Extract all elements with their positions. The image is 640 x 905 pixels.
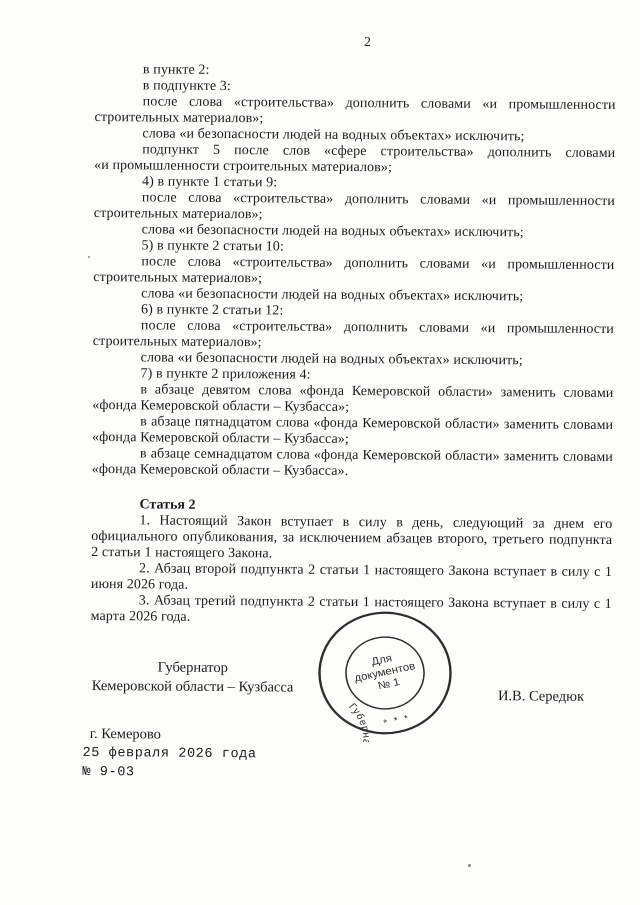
body-paragraph: после слова «строительства» дополнить сл… bbox=[93, 254, 614, 290]
scan-speck bbox=[468, 864, 471, 867]
body-paragraph: после слова «строительства» дополнить сл… bbox=[94, 94, 615, 130]
body-paragraph: в абзаце пятнадцатом слова «фонда Кемеро… bbox=[92, 414, 613, 450]
body-paragraph: подпункт 5 после слов «сфере строительст… bbox=[94, 142, 615, 178]
article-2-paragraph: 2. Абзац второй подпункта 2 статьи 1 нас… bbox=[91, 561, 612, 597]
signatory-title-line2: Кемеровской области – Кузбасса bbox=[90, 677, 295, 698]
stamp-bottom-asterisks: * * * bbox=[382, 713, 411, 729]
official-round-stamp: Губернатор Кемеровской области · Кузбасс… bbox=[310, 604, 460, 742]
body-paragraph: после слова «строительства» дополнить сл… bbox=[94, 190, 615, 226]
signatory-name: И.В. Середюк bbox=[498, 688, 611, 706]
scan-speck bbox=[88, 256, 90, 258]
body-paragraph: в абзаце девятом слова «фонда Кемеровско… bbox=[92, 382, 613, 418]
stamp-seal-icon: Губернатор Кемеровской области · Кузбасс… bbox=[310, 604, 460, 742]
signatory-title: Губернатор Кемеровской области – Кузбасс… bbox=[90, 658, 295, 704]
body-paragraph: после слова «строительства» дополнить сл… bbox=[93, 318, 614, 354]
signatory-title-line1: Губернатор bbox=[90, 658, 295, 679]
footer-doc-number: № 9-03 bbox=[82, 764, 610, 785]
page-number: 2 bbox=[364, 35, 371, 51]
scanned-document-page: 2 в пункте 2: в подпункте 3: после слова… bbox=[0, 0, 640, 905]
body-paragraph: в абзаце семнадцатом слова «фонда Кемеро… bbox=[92, 446, 613, 482]
article-2-paragraph: 1. Настоящий Закон вступает в силу в ден… bbox=[91, 513, 612, 565]
footer-date: 25 февраля 2026 года bbox=[83, 745, 611, 766]
